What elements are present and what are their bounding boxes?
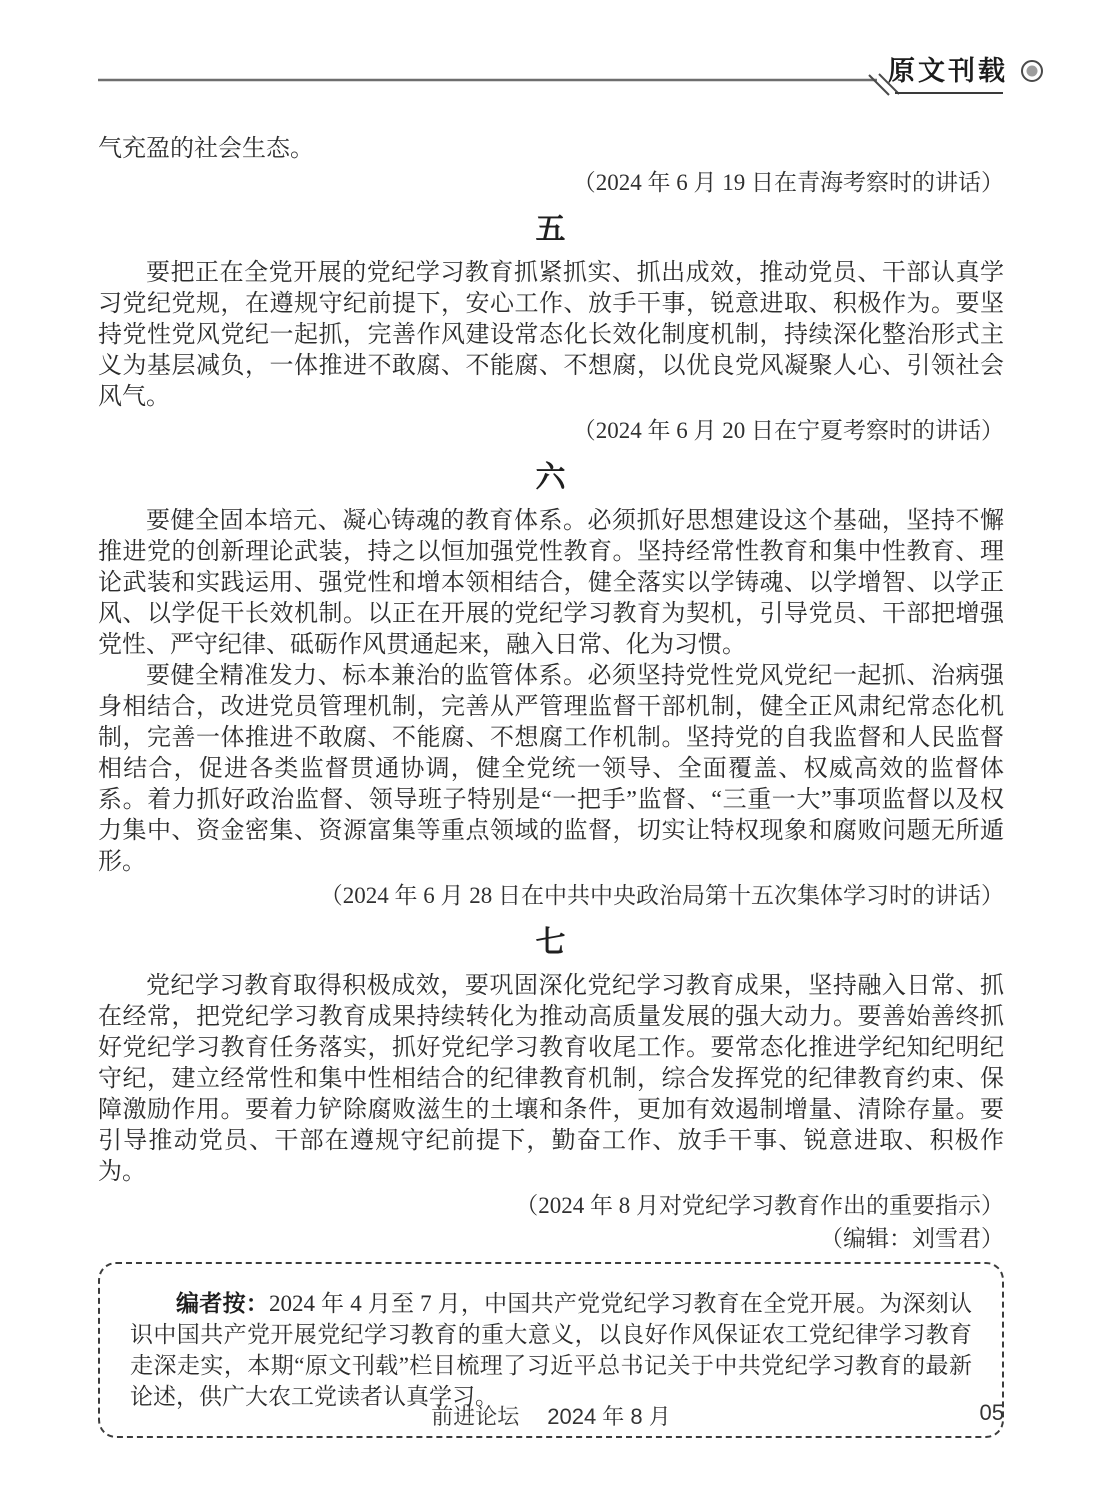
section-6-paragraph-2: 要健全精准发力、标本兼治的监管体系。必须坚持党性党风党纪一起抓、治病强身相结合，…	[98, 661, 1004, 878]
intro-continuation-line: 气充盈的社会生态。	[98, 134, 1004, 165]
header: 原文刊载	[888, 54, 1044, 88]
attribution-line: （2024 年 6 月 20 日在宁夏考察时的讲话）	[98, 415, 1004, 446]
column-title: 原文刊载	[888, 54, 1008, 88]
section-heading-5: 五	[98, 210, 1004, 250]
issue-date: 2024 年 8 月	[547, 1400, 671, 1431]
editor-note-text: 编者按：2024 年 4 月至 7 月，中国共产党党纪学习教育在全党开展。为深刻…	[130, 1288, 972, 1412]
attribution-line: （2024 年 8 月对党纪学习教育作出的重要指示）	[98, 1190, 1004, 1221]
page-number: 05	[980, 1400, 1004, 1426]
magazine-page: 原文刊载 气充盈的社会生态。 （2024 年 6 月 19 日在青海考察时的讲话…	[0, 0, 1102, 1496]
journal-name: 前进论坛	[431, 1400, 519, 1431]
editor-credit-line: （编辑：刘雪君）	[98, 1223, 1004, 1254]
page-footer: 前进论坛 2024 年 8 月 05	[0, 1400, 1102, 1432]
editor-note-label: 编者按：	[176, 1291, 269, 1316]
section-6-paragraph-1: 要健全固本培元、凝心铸魂的教育体系。必须抓好思想建设这个基础，坚持不懈推进党的创…	[98, 506, 1004, 661]
target-dot-icon	[1020, 59, 1044, 83]
attribution-line: （2024 年 6 月 28 日在中共中央政治局第十五次集体学习时的讲话）	[98, 880, 1004, 911]
section-7-paragraph: 党纪学习教育取得积极成效，要巩固深化党纪学习教育成果，坚持融入日常、抓在经常，把…	[98, 971, 1004, 1188]
attribution-line: （2024 年 6 月 19 日在青海考察时的讲话）	[98, 167, 1004, 198]
footer-journal-issue: 前进论坛 2024 年 8 月	[0, 1400, 1102, 1431]
article-body: 气充盈的社会生态。 （2024 年 6 月 19 日在青海考察时的讲话） 五 要…	[98, 134, 1004, 1438]
section-heading-6: 六	[98, 458, 1004, 498]
section-heading-7: 七	[98, 923, 1004, 963]
section-5-paragraph: 要把正在全党开展的党纪学习教育抓紧抓实、抓出成效，推动党员、干部认真学习党纪党规…	[98, 258, 1004, 413]
